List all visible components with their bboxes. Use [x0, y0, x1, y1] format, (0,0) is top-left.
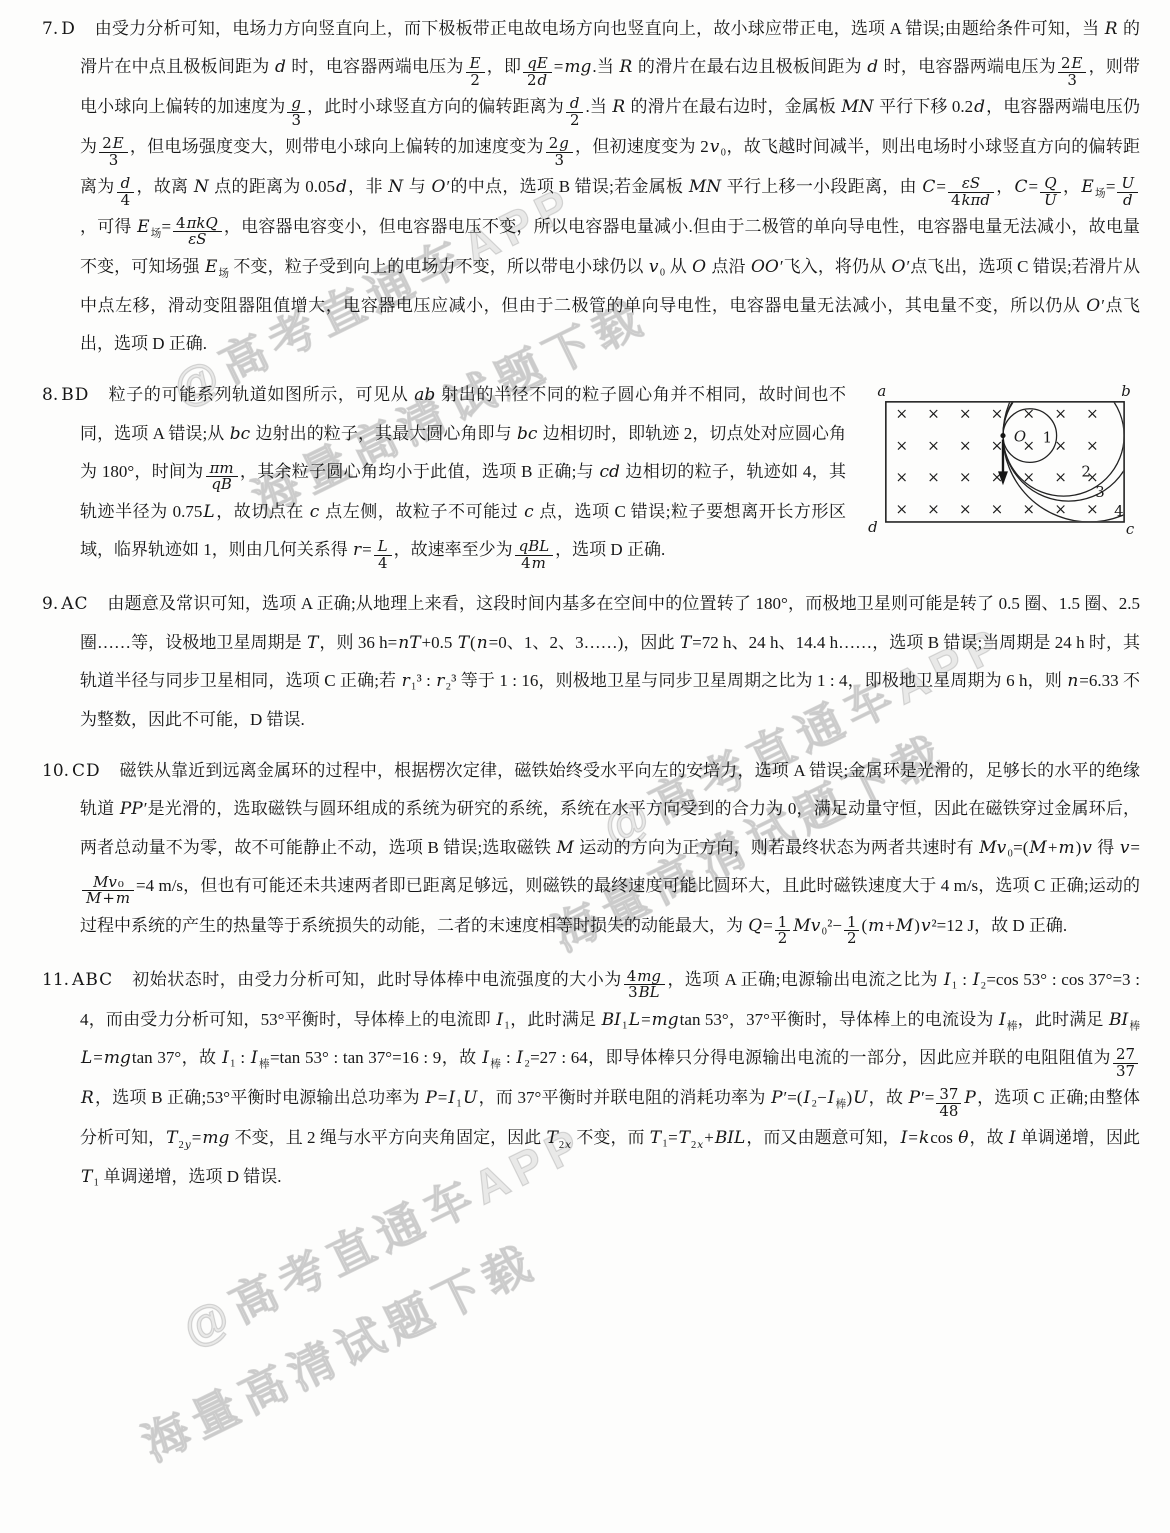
answer-explanation: 粒子的可能系列轨道如图所示，可见从 ab 射出的半径不同的粒子圆心角并不相同，故… — [80, 385, 846, 559]
math-variable: N — [193, 177, 210, 197]
math-variable: I — [900, 1128, 909, 1148]
field-into-page-symbol: × — [959, 500, 971, 518]
field-into-page-symbol: × — [1054, 405, 1066, 423]
math-variable: y — [184, 1139, 192, 1151]
corner-label-c: c — [1126, 520, 1135, 538]
math-variable: T — [165, 1128, 178, 1148]
math-variable: E — [1070, 54, 1083, 72]
question-number: 10. — [42, 761, 69, 781]
subscript: 2x — [559, 1140, 572, 1151]
field-into-page-symbol: × — [1086, 437, 1098, 455]
math-variable: d — [274, 57, 287, 77]
trajectory-label-1: 1 — [1043, 429, 1052, 447]
math-variable: v — [1119, 838, 1131, 858]
math-variable: U — [852, 1088, 868, 1108]
question-number: 9. — [42, 594, 58, 614]
math-variable: k — [918, 1128, 930, 1148]
answer-item: 9.AC由题意及常识可知，选项 A 正确;从地理上来看，这段时间内基多在空间中的… — [42, 585, 1140, 738]
field-into-page-symbol: × — [1023, 500, 1035, 518]
math-fraction: εS4kπd — [948, 176, 994, 208]
subscript: 2x — [691, 1140, 704, 1151]
math-variable: x — [696, 1139, 704, 1151]
field-into-page-symbol: × — [927, 469, 939, 487]
math-variable: L — [80, 1048, 93, 1068]
math-variable: I — [802, 1088, 811, 1108]
field-into-page-symbol: × — [959, 405, 971, 423]
field-into-page-symbol: × — [895, 469, 907, 487]
math-variable: m — [115, 889, 131, 907]
math-variable: I — [221, 1048, 230, 1068]
field-into-page-symbol: × — [959, 469, 971, 487]
subscript: 棒 — [1129, 1021, 1140, 1032]
math-variable: εS — [961, 174, 981, 192]
math-variable: v — [1081, 838, 1093, 858]
math-variable: m — [531, 554, 547, 572]
math-variable: mg — [651, 1010, 680, 1030]
answer-explanation: 初始状态时，由受力分析可知，此时导体棒中电流强度的大小为4mg3BL，选项 A … — [80, 970, 1140, 1186]
field-into-page-symbol: × — [927, 500, 939, 518]
corner-label-a: a — [877, 382, 886, 400]
math-variable: M — [555, 838, 574, 858]
subscript: 棒 — [490, 1060, 501, 1071]
math-variable: θ — [957, 1128, 969, 1148]
math-variable: g — [290, 94, 302, 112]
subscript: 棒 — [1007, 1021, 1018, 1032]
math-fraction: E2 — [466, 56, 485, 88]
subscript: 2y — [179, 1140, 192, 1151]
math-variable: MN — [688, 177, 722, 197]
math-fraction: Mv₀M+m — [82, 875, 134, 907]
field-into-page-symbol: × — [1086, 405, 1098, 423]
math-variable: M — [1028, 838, 1047, 858]
math-variable: r — [401, 671, 411, 691]
math-variable: c — [523, 502, 535, 522]
math-fraction: 2E3 — [1058, 56, 1086, 88]
math-variable: mg — [103, 1048, 132, 1068]
math-variable: E — [469, 54, 482, 72]
math-variable: mg — [563, 57, 592, 77]
math-variable: T — [679, 633, 692, 653]
math-variable: E — [136, 217, 150, 237]
math-variable: n — [476, 633, 489, 653]
subscript: 场 — [151, 229, 162, 240]
math-variable: P — [424, 1088, 437, 1108]
answer-letters: BD — [61, 385, 89, 405]
math-variable: L — [202, 502, 215, 522]
question-number: 8. — [42, 385, 58, 405]
math-variable: O — [431, 177, 447, 197]
math-variable: OO — [750, 257, 780, 277]
subscript: 场 — [218, 269, 229, 280]
field-into-page-symbol: × — [1023, 405, 1035, 423]
math-variable: N — [387, 177, 404, 197]
trajectory-label-4: 4 — [1114, 502, 1123, 520]
math-variable: PP — [119, 799, 144, 819]
math-variable: d — [120, 174, 132, 192]
math-variable: v — [648, 257, 660, 277]
math-variable: R — [611, 97, 626, 117]
math-variable: L — [377, 537, 389, 555]
math-variable: P — [908, 1088, 921, 1108]
answer-item: 7.D由受力分析可知，电场力方向竖直向上，而下极板带正电故电场方向也竖直向上，故… — [42, 10, 1140, 362]
math-variable: nT — [397, 633, 421, 653]
math-variable: I — [943, 970, 952, 990]
trajectory-label-2: 2 — [1081, 463, 1090, 481]
math-variable: n — [1066, 671, 1079, 691]
math-fraction: πmqB — [206, 461, 238, 493]
math-variable: kπd — [960, 191, 990, 209]
math-variable: Q — [747, 916, 763, 936]
field-into-page-symbol: × — [959, 437, 971, 455]
math-variable: x — [564, 1139, 572, 1151]
answer-letters: D — [61, 19, 76, 39]
math-fraction: 4mg3BL — [624, 969, 665, 1001]
math-variable: d — [569, 94, 581, 112]
math-fraction: 12 — [844, 915, 860, 947]
math-variable: d — [335, 177, 348, 197]
launch-point-dot — [1000, 433, 1005, 438]
answers-list: 7.D由受力分析可知，电场力方向竖直向上，而下极板带正电故电场方向也竖直向上，故… — [0, 0, 1170, 1196]
field-into-page-symbol: × — [895, 500, 907, 518]
math-variable: qBL — [518, 537, 551, 555]
math-variable: I — [495, 1010, 504, 1030]
math-variable: I — [447, 1088, 456, 1108]
math-variable: P — [770, 1088, 783, 1108]
math-variable: Q — [1043, 174, 1057, 192]
field-into-page-symbol: × — [991, 500, 1003, 518]
origin-point-label: O — [1014, 428, 1026, 446]
question-number: 7. — [42, 19, 58, 39]
field-into-page-symbol: × — [927, 405, 939, 423]
field-into-page-symbol: × — [895, 405, 907, 423]
field-into-page-symbol: × — [991, 437, 1003, 455]
math-variable: v — [709, 137, 721, 157]
math-variable: g — [558, 134, 570, 152]
math-variable: v — [920, 916, 932, 936]
trajectory-figure: ×××××××××××××××××××××××××××× a b c d O 1… — [862, 380, 1140, 539]
answer-item: 11.ABC初始状态时，由受力分析可知，此时导体棒中电流强度的大小为4mg3BL… — [42, 961, 1140, 1196]
math-variable: d — [866, 57, 879, 77]
math-variable: d — [536, 71, 548, 89]
field-into-page-symbol: × — [1054, 469, 1066, 487]
math-fraction: Ud — [1117, 176, 1138, 208]
math-variable: C — [1014, 177, 1029, 197]
math-variable: c — [309, 502, 321, 522]
field-into-page-symbol: × — [991, 405, 1003, 423]
watermark-text: 海量高清试题下载 — [130, 1226, 547, 1475]
answer-sheet-page: @高考直通车APP 海量高清试题下载 @高考直通车APP 海量高清试题下载 @高… — [0, 0, 1170, 1533]
math-fraction: qE2d — [523, 56, 552, 88]
corner-label-d: d — [868, 518, 878, 536]
math-fraction: qBL4m — [515, 539, 554, 571]
math-variable: O — [691, 257, 707, 277]
math-variable: mg — [201, 1128, 230, 1148]
math-variable: E — [1080, 177, 1094, 197]
math-variable: I — [250, 1048, 259, 1068]
corner-label-b: b — [1121, 382, 1131, 400]
math-variable: R — [619, 57, 634, 77]
question-number: 11. — [42, 970, 69, 990]
math-variable: I — [481, 1048, 490, 1068]
field-into-page-symbol: × — [895, 437, 907, 455]
subscript: 棒 — [259, 1060, 270, 1071]
math-variable: T — [546, 1128, 559, 1148]
math-fraction: d4 — [117, 176, 135, 208]
math-fraction: 3748 — [936, 1087, 961, 1119]
math-variable: T — [649, 1128, 662, 1148]
math-variable: m — [1057, 838, 1075, 858]
answer-explanation: 由受力分析可知，电场力方向竖直向上，而下极板带正电故电场方向也竖直向上，故小球应… — [80, 19, 1140, 353]
field-into-page-symbol: × — [1086, 500, 1098, 518]
math-variable: L — [628, 1010, 641, 1030]
math-variable: E — [112, 134, 125, 152]
math-variable: T — [457, 633, 470, 653]
math-variable: m — [867, 916, 885, 936]
math-variable: d — [1122, 191, 1134, 209]
math-fraction: 2g3 — [546, 136, 573, 168]
math-variable: πm — [209, 459, 235, 477]
answer-letters: CD — [72, 761, 101, 781]
math-variable: Mv — [792, 916, 821, 936]
math-fraction: d2 — [566, 96, 584, 128]
math-variable: T — [306, 633, 319, 653]
math-variable: bc — [229, 424, 251, 444]
math-variable: T — [678, 1128, 691, 1148]
field-into-page-symbol: × — [927, 437, 939, 455]
math-fraction: 2737 — [1113, 1047, 1138, 1079]
math-variable: Mv — [978, 838, 1007, 858]
math-variable: I — [972, 970, 981, 990]
math-variable: BIL — [714, 1128, 747, 1148]
math-variable: I — [998, 1010, 1007, 1030]
answer-item: ×××××××××××××××××××××××××××× a b c d O 1… — [42, 376, 1140, 571]
math-variable: πkQ — [186, 214, 219, 232]
math-variable: U — [1120, 174, 1135, 192]
subscript: 场 — [1095, 189, 1106, 200]
math-variable: bc — [516, 424, 538, 444]
math-variable: qE — [526, 54, 549, 72]
math-variable: R — [80, 1088, 95, 1108]
math-variable: MN — [840, 97, 874, 117]
math-fraction: QU — [1040, 176, 1061, 208]
math-variable: M — [85, 889, 102, 907]
answer-item: 10.CD磁铁从靠近到远离金属环的过程中，根据楞次定律，磁铁始终受水平向左的安培… — [42, 752, 1140, 947]
math-fraction: L4 — [374, 539, 392, 571]
math-variable: U — [462, 1088, 478, 1108]
math-variable: qB — [210, 475, 233, 493]
math-variable: R — [1104, 19, 1119, 39]
math-variable: BI — [601, 1010, 622, 1030]
math-variable: P — [963, 1088, 976, 1108]
math-variable: r — [435, 671, 445, 691]
math-variable: r — [352, 540, 362, 560]
math-variable: U — [1043, 191, 1058, 209]
math-variable: T — [80, 1167, 93, 1187]
trajectory-label-3: 3 — [1095, 483, 1104, 501]
math-fraction: 2E3 — [99, 136, 127, 168]
math-fraction: 4πkQεS — [173, 216, 222, 248]
math-variable: O — [1085, 296, 1101, 316]
math-variable: ab — [413, 385, 436, 405]
math-variable: BL — [638, 983, 661, 1001]
subscript: 棒 — [835, 1100, 846, 1111]
math-variable: BI — [1108, 1010, 1129, 1030]
answer-explanation: 磁铁从靠近到远离金属环的过程中，根据楞次定律，磁铁始终受水平向左的安培力，选项 … — [80, 761, 1140, 935]
math-variable: M — [895, 916, 914, 936]
answer-letters: ABC — [72, 970, 113, 990]
math-variable: I — [1008, 1128, 1017, 1148]
answer-explanation: 由题意及常识可知，选项 A 正确;从地理上来看，这段时间内基多在空间中的位置转了… — [80, 594, 1140, 728]
math-variable: Mv — [92, 873, 118, 891]
math-fraction: g3 — [287, 96, 305, 128]
answer-letters: AC — [61, 594, 88, 614]
math-variable: C — [921, 177, 936, 197]
math-variable: I — [515, 1048, 524, 1068]
math-variable: mg — [636, 967, 662, 985]
math-variable: O — [891, 257, 907, 277]
math-variable: cd — [598, 462, 620, 482]
math-fraction: 12 — [775, 915, 791, 947]
math-variable: d — [973, 97, 986, 117]
math-variable: εS — [187, 230, 207, 248]
math-variable: E — [204, 257, 218, 277]
